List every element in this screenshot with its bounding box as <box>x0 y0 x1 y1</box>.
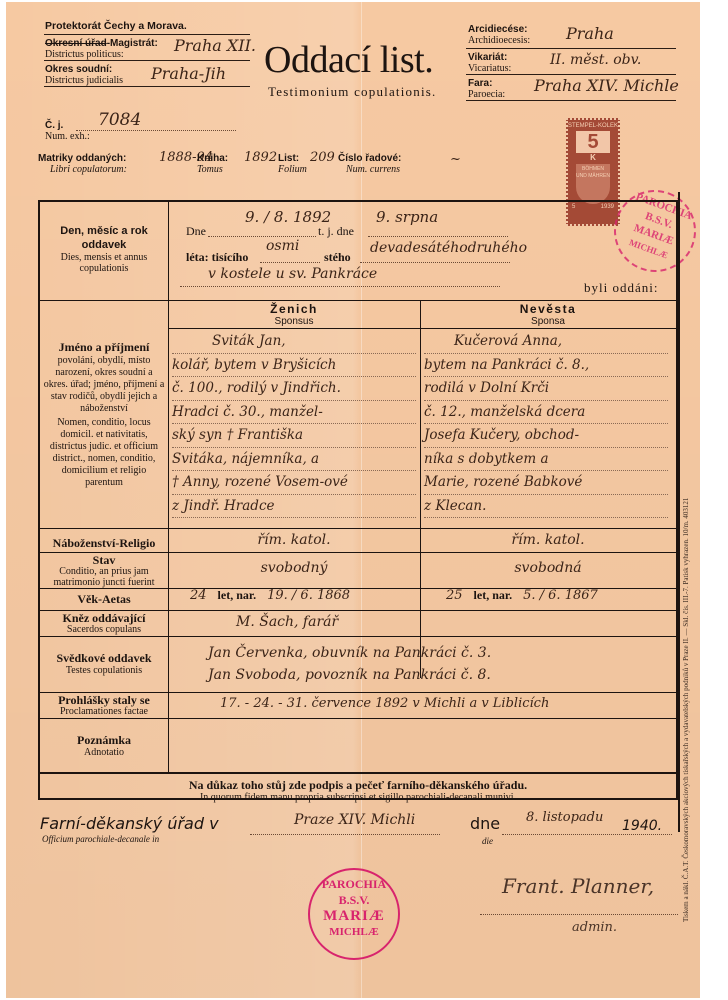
note-label: Poznámka <box>40 734 168 747</box>
divider <box>44 34 250 35</box>
cislo-latin-label: Num. currens <box>338 164 400 175</box>
date-latin-label: Dies, mensis et annus copulationis <box>40 252 168 274</box>
let-label: let, nar. <box>474 588 513 602</box>
bride-line: Marie, rozené Babkové <box>424 471 668 495</box>
district-judicial-labels: Okres soudní: Districtus judicialis <box>45 64 123 86</box>
witness-line: Jan Červenka, obuvník na Pankráci č. 3. <box>208 642 491 664</box>
groom-religion: řím. katol. <box>168 532 420 548</box>
vicariate-value: II. měst. obv. <box>550 52 641 68</box>
witness-list: Jan Červenka, obuvník na Pankráci č. 3. … <box>208 642 491 686</box>
signature: Frant. Planner, <box>502 874 654 898</box>
leta-value: osmi <box>266 238 299 254</box>
registry-cislo: Číslo řadové: Num. currens <box>338 154 401 175</box>
dne-bottom-label: dne <box>470 814 500 833</box>
seal-text: B.S.V. <box>310 892 398 908</box>
cislo-value: ~ <box>450 152 461 167</box>
stamp-coat-of-arms: BÖHMEN UND MÄHREN <box>576 164 610 204</box>
divider <box>44 60 250 61</box>
cj-labels: Č. j. Num. exh.: <box>45 120 90 142</box>
witness-line: Jan Svoboda, povozník na Pankráci č. 8. <box>208 664 491 686</box>
dotted-line <box>208 236 316 237</box>
right-border-rule <box>678 192 680 832</box>
parish-seal: PAROCHIA B.S.V. MARIÆ MICHLÆ <box>308 868 400 960</box>
groom-details: Sviták Jan, kolář, bytem v Bryšicích č. … <box>172 330 416 518</box>
bride-latin-label: Sponsa <box>420 316 676 327</box>
priest-value: M. Šach, farář <box>236 614 338 630</box>
page-subtitle: Testimonium copulationis. <box>268 84 436 100</box>
marriage-record-table: Den, měsíc a rok oddavek Dies, mensis et… <box>38 200 678 800</box>
note-latin-label: Adnotatio <box>40 747 168 758</box>
bride-line: Josefa Kučery, obchod- <box>424 424 668 448</box>
struck-label: Okresní úřad <box>45 38 107 49</box>
name-desc: povolání, obydlí, místo narození, okres … <box>43 355 165 415</box>
steho-value: devadesátéhodruhého <box>370 240 527 256</box>
divider <box>466 48 676 49</box>
attestation-latin: In quorum fidem manu propria subscripsi … <box>38 792 678 803</box>
bride-line: bytem na Pankráci č. 8., <box>424 354 668 378</box>
parish-label: Fara: <box>468 78 492 89</box>
date-row-label: Den, měsíc a rok oddavek Dies, mensis et… <box>40 224 168 274</box>
divider <box>40 300 676 301</box>
divider <box>40 772 676 774</box>
divider <box>466 74 676 75</box>
cj-label: Č. j. <box>45 120 63 131</box>
groom-line: Sviták Jan, <box>172 330 416 354</box>
okres-label: Okres soudní: <box>45 64 112 75</box>
dotted-line <box>260 262 320 263</box>
dotted-line <box>368 236 508 237</box>
religion-row-label: Náboženství-Religio <box>40 536 168 551</box>
list-label: List: <box>278 153 299 164</box>
seal-text: MARIÆ <box>310 908 398 924</box>
registry-kniha: Kniha: Tomus <box>197 154 228 175</box>
kniha-latin-label: Tomus <box>197 164 223 175</box>
divider <box>44 86 250 87</box>
bride-status: svobodná <box>420 560 676 576</box>
divider <box>466 100 676 101</box>
bride-line: Kučerová Anna, <box>424 330 668 354</box>
dne-label: Dne <box>186 224 206 239</box>
groom-line: Svitáka, nájemníka, a <box>172 448 416 472</box>
archdiocese-labels: Arcidiecése: Archidioecesis: <box>468 24 530 46</box>
stamp-top-text: STEMPEL-KOLEK <box>568 123 618 129</box>
parish-latin-label: Paroecia: <box>468 89 505 100</box>
bride-age-block: 25 let, nar. 5. / 6. 1867 <box>446 588 598 603</box>
dotted-line <box>76 130 236 131</box>
office-latin: Officium parochiale-decanale in <box>42 834 159 844</box>
bride-details: Kučerová Anna, bytem na Pankráci č. 8., … <box>424 330 668 518</box>
district-political-labels: Okresní úřad-Magistrát: Districtus polit… <box>45 38 158 60</box>
groom-line: kolář, bytem v Bryšicích <box>172 354 416 378</box>
tj-label: t. j. dne <box>318 224 354 239</box>
district-political-value: Praha XII. <box>174 36 256 55</box>
cj-value: 7084 <box>98 110 141 130</box>
archdiocese-value: Praha <box>566 24 614 43</box>
leta-label: léta: tisícího <box>186 250 248 265</box>
priest-label: Kněz oddávající <box>40 612 168 624</box>
divider <box>168 328 676 329</box>
dotted-line <box>180 286 500 287</box>
groom-line: č. 100., rodilý v Jindřich. <box>172 377 416 401</box>
groom-latin-label: Sponsus <box>168 316 420 327</box>
banns-label: Prohlášky staly se <box>40 694 168 706</box>
name-desc-latin: Nomen, conditio, locus domicil. et nativ… <box>43 417 165 489</box>
groom-status: svobodný <box>168 560 420 576</box>
parish-value: Praha XIV. Michle <box>534 76 679 95</box>
dotted-line <box>502 834 672 835</box>
archdiocese-label: Arcidiecése: <box>468 24 527 35</box>
divider <box>168 202 169 772</box>
name-label: Jméno a příjmení <box>43 340 165 355</box>
issue-date-value: 8. listopadu <box>526 810 603 825</box>
divider <box>40 528 676 529</box>
status-latin-label: Conditio, an prius jam matrimonio juncti… <box>40 566 168 588</box>
groom-line: † Anny, rozené Vosem-ové <box>172 471 416 495</box>
groom-label: Ženich <box>168 302 420 316</box>
seal-text: PAROCHIA <box>310 870 398 892</box>
divider <box>420 300 421 678</box>
dotted-line <box>250 834 440 835</box>
bride-line: rodilá v Dolní Krči <box>424 377 668 401</box>
vicariate-labels: Vikariát: Vicariatus: <box>468 52 511 74</box>
office-value: Praze XIV. Michli <box>294 812 415 828</box>
list-value: 209 <box>310 150 335 165</box>
stamp-side-text: BÖHMEN UND MÄHREN <box>576 166 610 179</box>
stamp-value: 5 <box>576 131 610 153</box>
list-latin-label: Folium <box>278 164 307 175</box>
kniha-label: Kniha: <box>197 153 228 164</box>
age-row-label: Věk-Aetas <box>40 592 168 607</box>
divider <box>40 718 676 719</box>
divider <box>40 636 676 637</box>
witness-row-label: Svědkové oddavek Testes copulationis <box>40 652 168 676</box>
banns-latin-label: Proclamationes factae <box>40 706 168 717</box>
byli-oddani-label: byli oddáni: <box>584 280 658 296</box>
printer-note: Tiskem a nákl. Č.A.T. Českomoravských ak… <box>682 422 694 922</box>
kniha-value: 1892 <box>244 150 277 165</box>
cj-latin-label: Num. exh.: <box>45 131 90 142</box>
priest-latin-label: Sacerdos copulans <box>40 624 168 635</box>
banns-row-label: Prohlášky staly se Proclamationes factae <box>40 694 168 717</box>
registry-matriky: Matriky oddaných: Libri copulatorum: <box>38 154 127 175</box>
matriky-latin-label: Libri copulatorum: <box>38 164 127 175</box>
district-judicial-value: Praha-Jih <box>151 64 226 83</box>
groom-line: Hradci č. 30., manžel- <box>172 401 416 425</box>
groom-line: z Jindř. Hradce <box>172 495 416 519</box>
let-label: let, nar. <box>218 588 257 602</box>
dne-latin: die <box>482 836 493 846</box>
date-label: Den, měsíc a rok oddavek <box>40 224 168 252</box>
protectorate-label: Protektorát Čechy a Morava. <box>45 20 187 32</box>
cislo-label: Číslo řadové: <box>338 153 401 164</box>
registry-list: List: Folium <box>278 154 307 175</box>
groom-header: Ženich Sponsus <box>168 302 420 327</box>
issue-year-value: 1940. <box>622 818 662 834</box>
bride-religion: řím. katol. <box>420 532 676 548</box>
printer-note-text: Tiskem a nákl. Č.A.T. Českomoravských ak… <box>682 498 690 922</box>
signature-line <box>480 914 678 915</box>
witness-label: Svědkové oddavek <box>40 652 168 665</box>
witness-latin-label: Testes copulationis <box>40 665 168 676</box>
vicariate-latin-label: Vicariatus: <box>468 63 511 74</box>
bride-label: Nevěsta <box>420 302 676 316</box>
magistrat-label: -Magistrát: <box>107 38 158 49</box>
bride-age: 25 <box>446 588 463 603</box>
vicariate-label: Vikariát: <box>468 52 507 63</box>
status-label: Stav <box>40 554 168 566</box>
bride-line: níka s dobytkem a <box>424 448 668 472</box>
status-row-label: Stav Conditio, an prius jam matrimonio j… <box>40 554 168 588</box>
place-value: v kostele u sv. Pankráce <box>208 266 377 282</box>
page-title: Oddací list. <box>264 40 433 80</box>
bride-born: 5. / 6. 1867 <box>523 588 598 603</box>
attestation-text: Na důkaz toho stůj zde podpis a pečeť fa… <box>40 778 676 793</box>
bride-line: č. 12., manželská dcera <box>424 401 668 425</box>
latin-label: Districtus judicialis <box>45 75 123 86</box>
groom-line: ský syn † Františka <box>172 424 416 448</box>
religion-label: Náboženství-Religio <box>40 536 168 551</box>
name-row-label: Jméno a příjmení povolání, obydlí, místo… <box>40 340 168 489</box>
matriky-label: Matriky oddaných: <box>38 153 126 164</box>
parish-labels: Fara: Paroecia: <box>468 78 505 100</box>
banns-value: 17. - 24. - 31. července 1892 v Michli a… <box>220 696 549 711</box>
latin-label: Districtus politicus: <box>45 49 124 60</box>
dotted-line <box>360 262 510 263</box>
bride-line: z Klecan. <box>424 495 668 519</box>
divider <box>40 552 676 553</box>
tj-value: 9. srpna <box>376 208 438 226</box>
groom-age: 24 <box>190 588 207 603</box>
priest-row-label: Kněz oddávající Sacerdos copulans <box>40 612 168 635</box>
seal-text: MICHLÆ <box>310 924 398 940</box>
groom-born: 19. / 6. 1868 <box>267 588 350 603</box>
age-label: Věk-Aetas <box>40 592 168 607</box>
note-row-label: Poznámka Adnotatio <box>40 734 168 758</box>
archdiocese-latin-label: Archidioecesis: <box>468 35 530 46</box>
signature-title: admin. <box>572 920 617 935</box>
groom-age-block: 24 let, nar. 19. / 6. 1868 <box>190 588 350 603</box>
certificate-paper: Protektorát Čechy a Morava. Okresní úřad… <box>6 2 700 998</box>
stamp-unit: K <box>568 153 618 162</box>
office-label: Farní-děkanský úřad v <box>40 814 219 833</box>
bride-header: Nevěsta Sponsa <box>420 302 676 327</box>
attestation-block: Na důkaz toho stůj zde podpis a pečeť fa… <box>40 778 676 793</box>
steho-label: stého <box>324 250 351 265</box>
